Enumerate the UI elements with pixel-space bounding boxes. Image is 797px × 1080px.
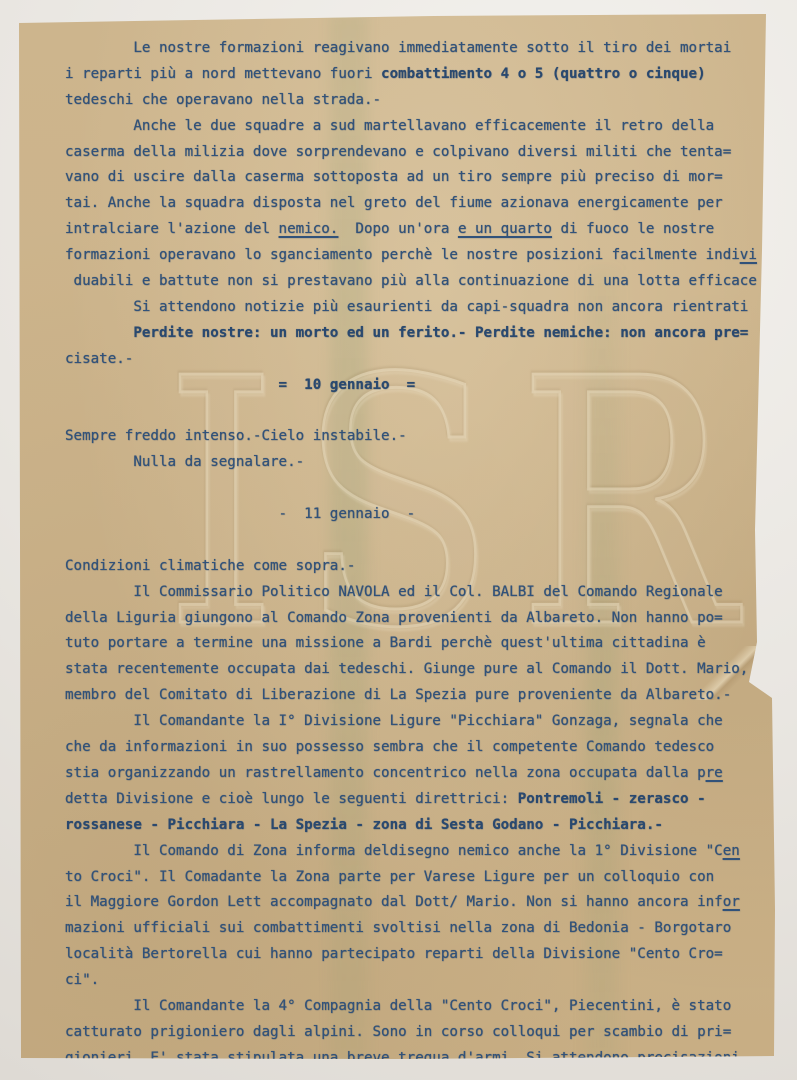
text-line: Nulla da segnalare.- <box>65 450 784 476</box>
text-line: che da informazioni in suo possesso semb… <box>65 735 784 761</box>
scan-background: ISR Le nostre formazioni reagivano immed… <box>0 0 797 1080</box>
text-line: tai. Anche la squadra disposta nel greto… <box>65 191 784 217</box>
text-segment: to Croci". Il Comadante la Zona parte pe… <box>65 869 714 885</box>
text-segment: Dopo un'ora <box>338 221 458 237</box>
text-line: località Bertorella cui hanno partecipat… <box>65 942 784 968</box>
text-segment: Perdite nostre: un morto ed un ferito.- … <box>133 325 748 341</box>
text-line: duabili e battute non si prestavano più … <box>65 269 784 295</box>
document-page: ISR Le nostre formazioni reagivano immed… <box>14 10 784 1062</box>
text-line: Il Comando di Zona informa deldisegno ne… <box>65 839 784 865</box>
text-segment: nemico. <box>279 221 339 237</box>
text-line: il Maggiore Gordon Lett accompagnato dal… <box>65 890 784 916</box>
text-line: = 10 gennaio = <box>65 373 784 399</box>
text-segment: stia organizzando un rastrellamento conc… <box>65 765 706 781</box>
text-line: Condizioni climatiche come sopra.- <box>65 554 784 580</box>
text-segment: i reparti più a nord mettevano fuori <box>65 66 381 82</box>
text-line <box>65 528 784 554</box>
text-line: mazioni ufficiali sui combattimenti svol… <box>65 916 784 942</box>
text-line: Il Comandante la I° Divisione Ligure "Pi… <box>65 709 784 735</box>
text-segment: stata recentemente occupata dai tedeschi… <box>65 661 748 677</box>
text-segment: en <box>723 843 740 859</box>
text-segment: Il Comandante la I° Divisione Ligure "Pi… <box>65 713 723 729</box>
text-segment: Il Commissario Politico NAVOLA ed il Col… <box>65 584 723 600</box>
text-line: catturato prigioniero dagli alpini. Sono… <box>65 1020 784 1046</box>
text-segment: tai. Anche la squadra disposta nel greto… <box>65 195 723 211</box>
text-segment: or <box>723 894 740 910</box>
text-line: Le nostre formazioni reagivano immediata… <box>65 36 784 62</box>
text-segment: Il Comandante la 4° Compagnia della "Cen… <box>65 998 731 1014</box>
text-line: vano di uscire dalla caserma sottoposta … <box>65 165 784 191</box>
text-line <box>65 476 784 502</box>
text-line: rossanese - Picchiara - La Spezia - zona… <box>65 813 784 839</box>
text-segment: località Bertorella cui hanno partecipat… <box>65 946 723 962</box>
text-segment: ci". <box>65 972 99 988</box>
text-line: formazioni operavano lo sganciamento per… <box>65 243 784 269</box>
text-segment: membro del Comitato di Liberazione di La… <box>65 687 731 703</box>
text-segment: Il Comando di Zona informa deldisegno ne… <box>65 843 723 859</box>
text-segment: re <box>706 765 723 781</box>
text-line: membro del Comitato di Liberazione di La… <box>65 683 784 709</box>
text-segment: rossanese - Picchiara - La Spezia - zona… <box>65 817 663 833</box>
text-line <box>65 398 784 424</box>
text-segment: Le nostre formazioni reagivano immediata… <box>65 40 731 56</box>
text-segment: mazioni ufficiali sui combattimenti svol… <box>65 920 731 936</box>
text-segment: vi <box>740 247 757 263</box>
text-line: intralciare l'azione del nemico. Dopo un… <box>65 217 784 243</box>
text-segment: duabili e battute non si prestavano più … <box>65 273 757 289</box>
text-segment: caserma della milizia dove sorprendevano… <box>65 144 731 160</box>
text-segment <box>65 377 279 393</box>
text-segment: tedeschi che operavano nella strada.- <box>65 92 381 108</box>
text-line: cisate.- <box>65 347 784 373</box>
text-line: gionieri. E' stata stipulata una breve t… <box>65 1046 784 1072</box>
text-line: Il Comandante la 4° Compagnia della "Cen… <box>65 994 784 1020</box>
text-segment: = 10 gennaio = <box>279 377 416 393</box>
text-line: tuto portare a termine una missione a Ba… <box>65 631 784 657</box>
text-line: Perdite nostre: un morto ed un ferito.- … <box>65 321 784 347</box>
text-line: Il Commissario Politico NAVOLA ed il Col… <box>65 580 784 606</box>
text-segment: Condizioni climatiche come sopra.- <box>65 558 355 574</box>
text-segment: catturato prigioniero dagli alpini. Sono… <box>65 1024 731 1040</box>
text-segment: Nulla da segnalare.- <box>65 454 304 470</box>
text-line: stia organizzando un rastrellamento conc… <box>65 761 784 787</box>
text-segment: combattimento 4 o 5 (quattro o cinque) <box>381 66 706 82</box>
text-line: to Croci". Il Comadante la Zona parte pe… <box>65 865 784 891</box>
text-segment: tuto portare a termine una missione a Ba… <box>65 635 706 651</box>
text-segment: formazioni operavano lo sganciamento per… <box>65 247 740 263</box>
text-line: detta Divisione e cioè lungo le seguenti… <box>65 787 784 813</box>
text-line: caserma della milizia dove sorprendevano… <box>65 140 784 166</box>
text-segment: della Liguria giungono al Comando Zona p… <box>65 610 723 626</box>
text-line: stata recentemente occupata dai tedeschi… <box>65 657 784 683</box>
text-segment: detta Divisione e cioè lungo le seguenti… <box>65 791 518 807</box>
text-segment: Pontremoli - zerasco - <box>518 791 706 807</box>
text-line: Si attendono notizie più esaurienti da c… <box>65 295 784 321</box>
text-line: i reparti più a nord mettevano fuori com… <box>65 62 784 88</box>
text-line: tedeschi che operavano nella strada.- <box>65 88 784 114</box>
text-segment: il Maggiore Gordon Lett accompagnato dal… <box>65 894 723 910</box>
text-segment: - 11 gennaio - <box>65 506 415 522</box>
text-segment: Si attendono notizie più esaurienti da c… <box>65 299 748 315</box>
typewritten-text: Le nostre formazioni reagivano immediata… <box>14 10 784 1072</box>
text-segment: Anche le due squadre a sud martellavano … <box>65 118 714 134</box>
text-segment: che da informazioni in suo possesso semb… <box>65 739 714 755</box>
text-line: ci". <box>65 968 784 994</box>
text-line: Sempre freddo intenso.-Cielo instabile.- <box>65 424 784 450</box>
text-segment: cisate.- <box>65 351 133 367</box>
text-segment: di fuoco le nostre <box>552 221 714 237</box>
text-segment: vano di uscire dalla caserma sottoposta … <box>65 169 723 185</box>
text-segment: e un quarto <box>458 221 552 237</box>
text-line: - 11 gennaio - <box>65 502 784 528</box>
text-segment: intralciare l'azione del <box>65 221 279 237</box>
text-segment: gionieri. E' stata stipulata una breve t… <box>65 1050 748 1066</box>
text-segment: Sempre freddo intenso.-Cielo instabile.- <box>65 428 407 444</box>
text-line: della Liguria giungono al Comando Zona p… <box>65 606 784 632</box>
text-segment <box>65 325 133 341</box>
text-line: Anche le due squadre a sud martellavano … <box>65 114 784 140</box>
